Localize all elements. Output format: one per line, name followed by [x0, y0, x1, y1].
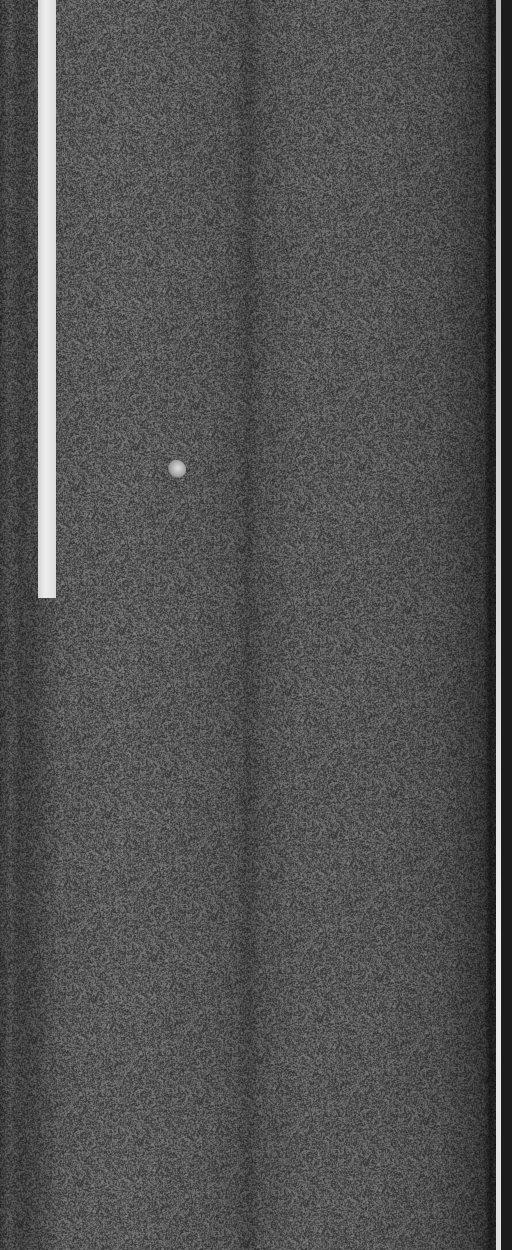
lane-stripe	[38, 0, 56, 598]
curb	[501, 0, 512, 1250]
debris	[168, 460, 186, 478]
road-surface	[0, 0, 512, 1250]
tire-track-shade	[236, 0, 260, 1250]
